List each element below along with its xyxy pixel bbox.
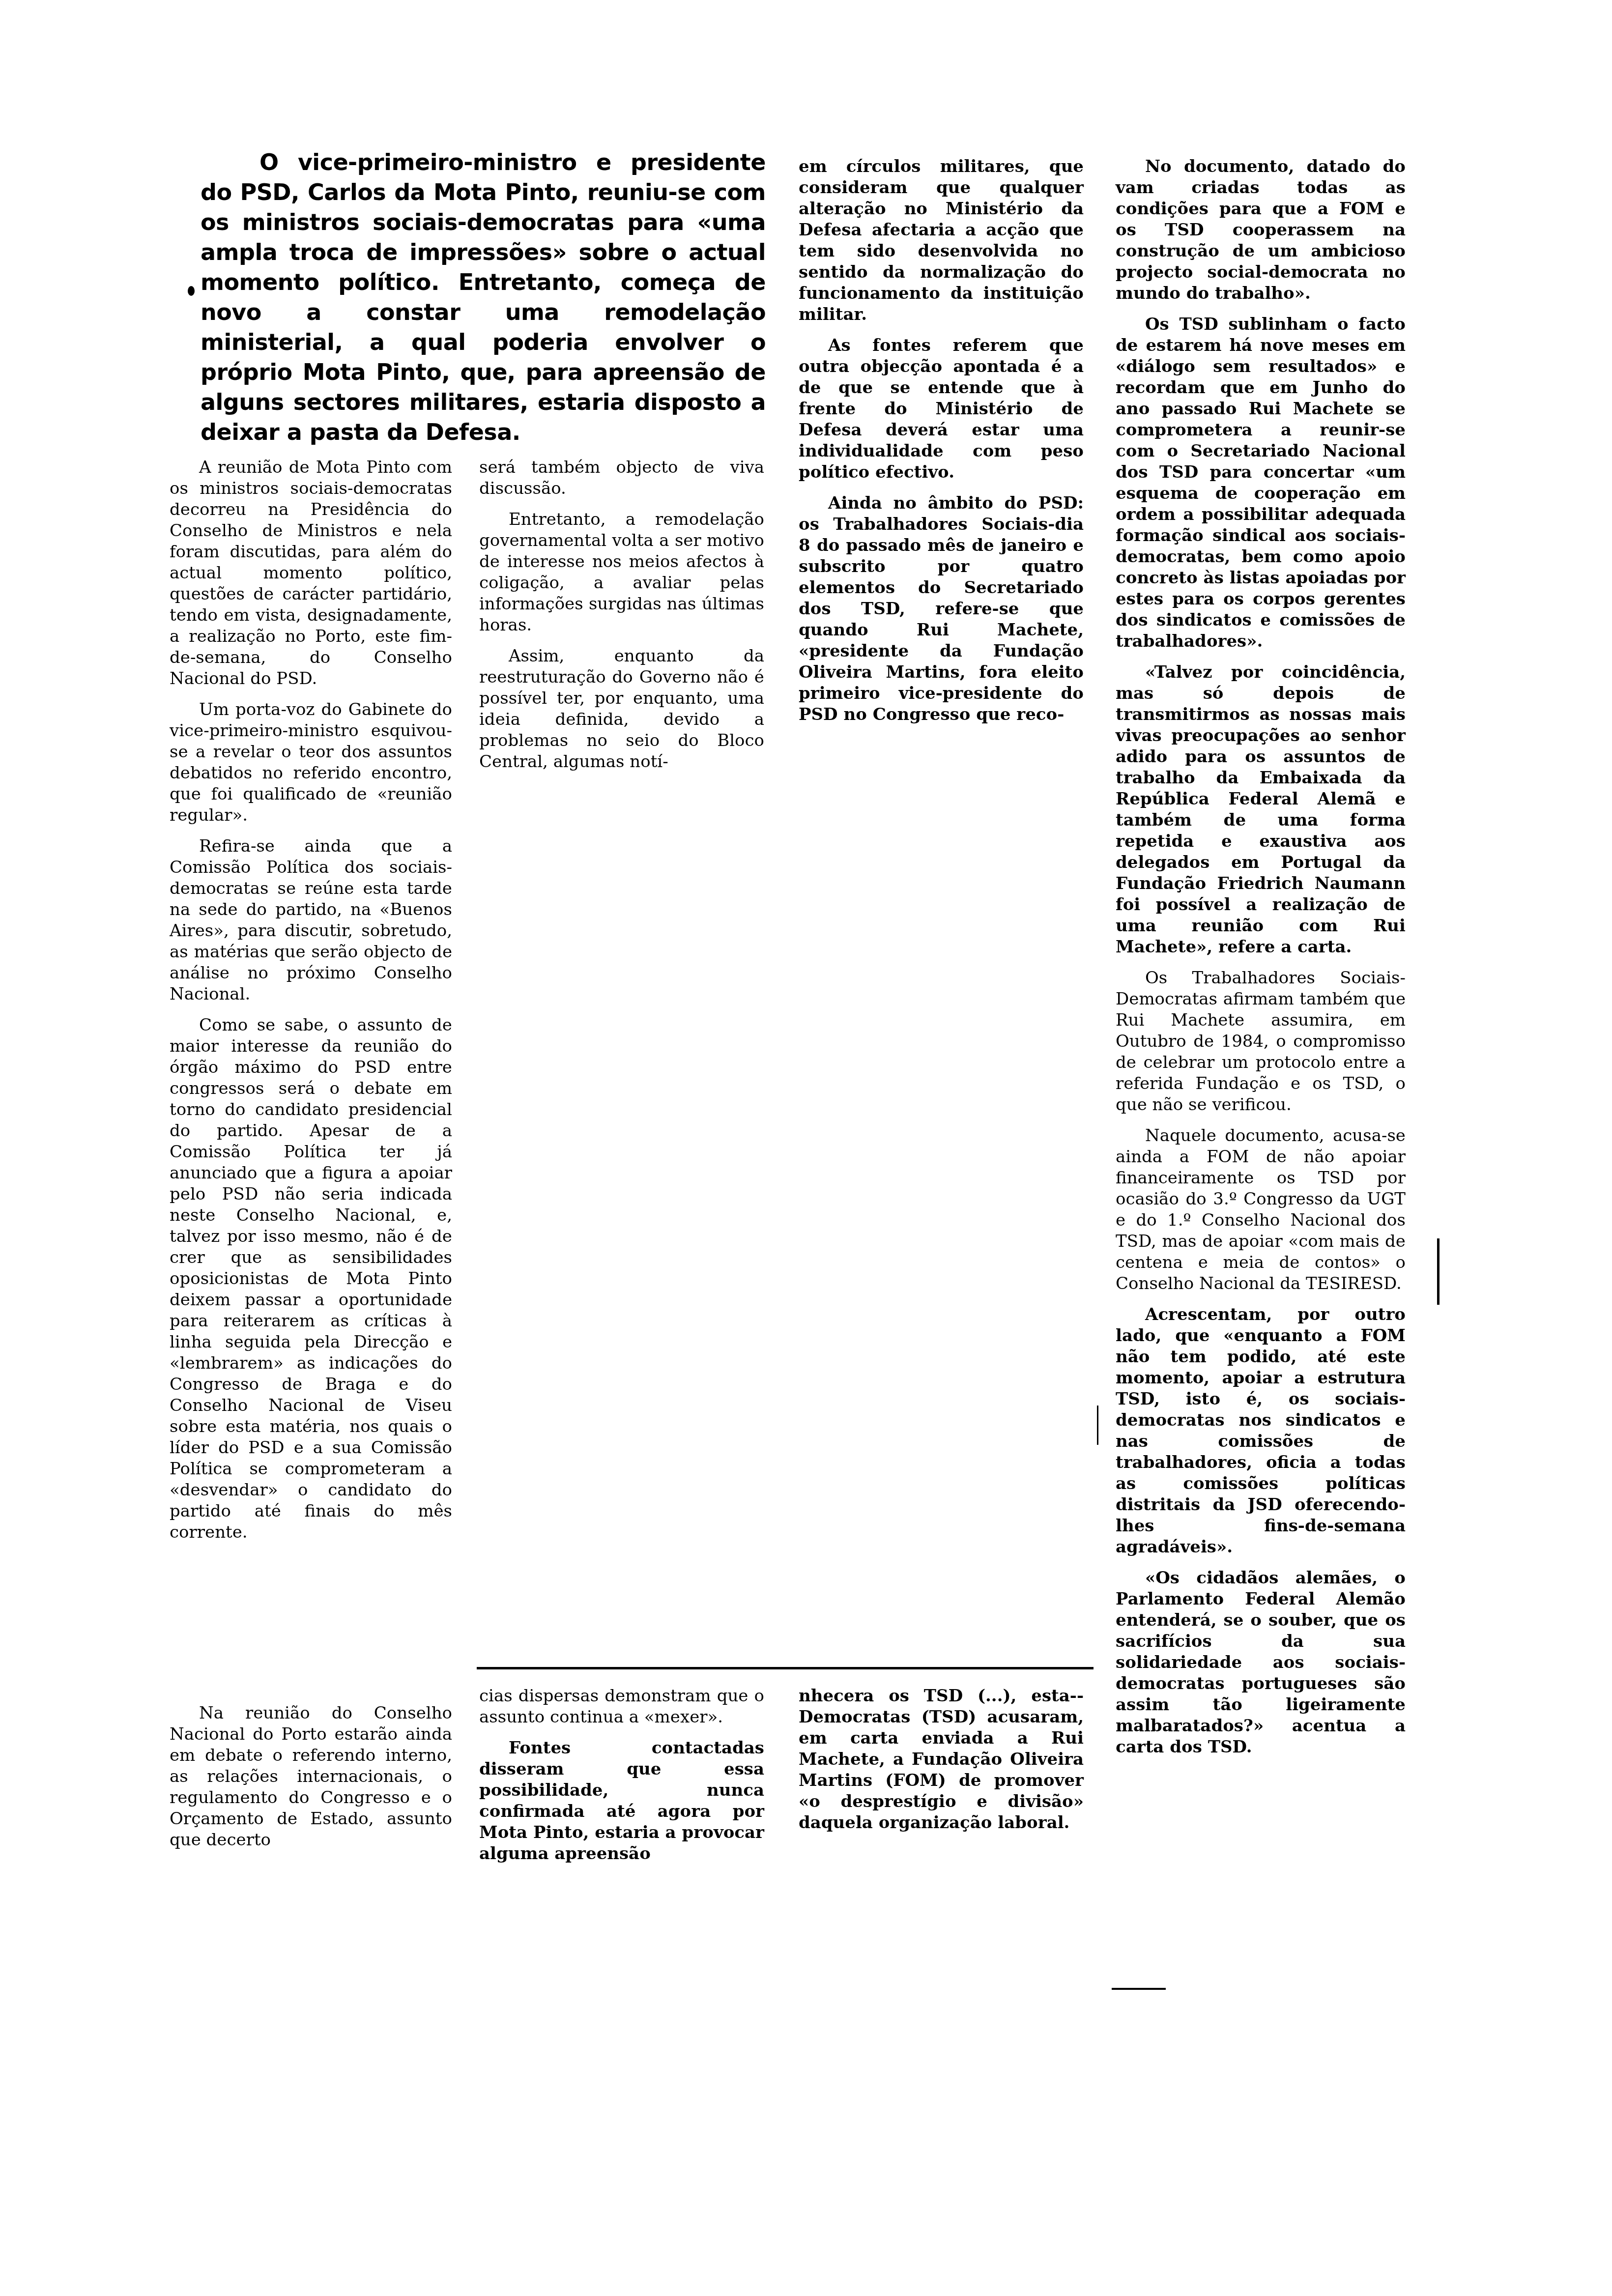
paragraph: «Talvez por coincidência, mas só depois … — [1116, 662, 1406, 958]
paragraph: Entretanto, a remodelação governamental … — [479, 509, 764, 636]
paragraph: Fontes contactadas disseram que essa pos… — [479, 1738, 764, 1865]
paragraph: «Os cidadãos alemães, o Parlamento Feder… — [1116, 1568, 1406, 1758]
article-end-rule — [1112, 1988, 1166, 1990]
paragraph: Os Trabalhadores Sociais-Democratas afir… — [1116, 968, 1406, 1116]
paragraph: Acrescentam, por outro lado, que «enquan… — [1116, 1304, 1406, 1558]
paragraph-continuation: cias dispersas demonstram que o assunto … — [479, 1686, 764, 1728]
paragraph: Ainda no âmbito do PSD: os Trabalhadores… — [799, 493, 1084, 725]
paragraph: A reunião de Mota Pinto com os ministros… — [170, 457, 452, 689]
paragraph: Assim, enquanto da reestruturação do Gov… — [479, 646, 764, 773]
column-4: No documento, datado do vam criadas toda… — [1116, 156, 1406, 1768]
paragraph: Como se sabe, o assunto de maior interes… — [170, 1015, 452, 1543]
paragraph-continuation: será também objecto de viva discussão. — [479, 457, 764, 499]
paragraph: Na reunião do Conselho Nacional do Porto… — [170, 1703, 452, 1851]
column-3: em círculos militares, que consideram qu… — [799, 156, 1084, 735]
paragraph-continuation: nhecera os TSD (...), esta--Democratas (… — [799, 1686, 1084, 1834]
paragraph: Os TSD sublinham o facto de estarem há n… — [1116, 314, 1406, 652]
paragraph: Um porta-voz do Gabinete do vice-primeir… — [170, 699, 452, 826]
newspaper-page: O vice-primeiro-ministro e presidente do… — [0, 0, 1612, 2296]
paragraph: As fontes referem que outra objecção apo… — [799, 335, 1084, 483]
margin-mark — [1437, 1238, 1439, 1305]
article-lead: O vice-primeiro-ministro e presidente do… — [201, 147, 766, 447]
column-3-bottom: nhecera os TSD (...), esta--Democratas (… — [799, 1686, 1084, 1843]
paragraph: Naquele documento, acusa-se ainda a FOM … — [1116, 1125, 1406, 1294]
paragraph: Refira-se ainda que a Comissão Política … — [170, 836, 452, 1005]
column-1-bottom: Na reunião do Conselho Nacional do Porto… — [170, 1703, 452, 1861]
bullet-mark — [188, 286, 195, 296]
margin-mark — [1097, 1406, 1098, 1445]
paragraph-continuation: em círculos militares, que consideram qu… — [799, 156, 1084, 325]
column-2: será também objecto de viva discussão. E… — [479, 457, 764, 782]
paragraph: No documento, datado do vam criadas toda… — [1116, 156, 1406, 304]
section-divider — [477, 1667, 1094, 1669]
column-1: A reunião de Mota Pinto com os ministros… — [170, 457, 452, 1553]
column-2-bottom: cias dispersas demonstram que o assunto … — [479, 1686, 764, 1874]
